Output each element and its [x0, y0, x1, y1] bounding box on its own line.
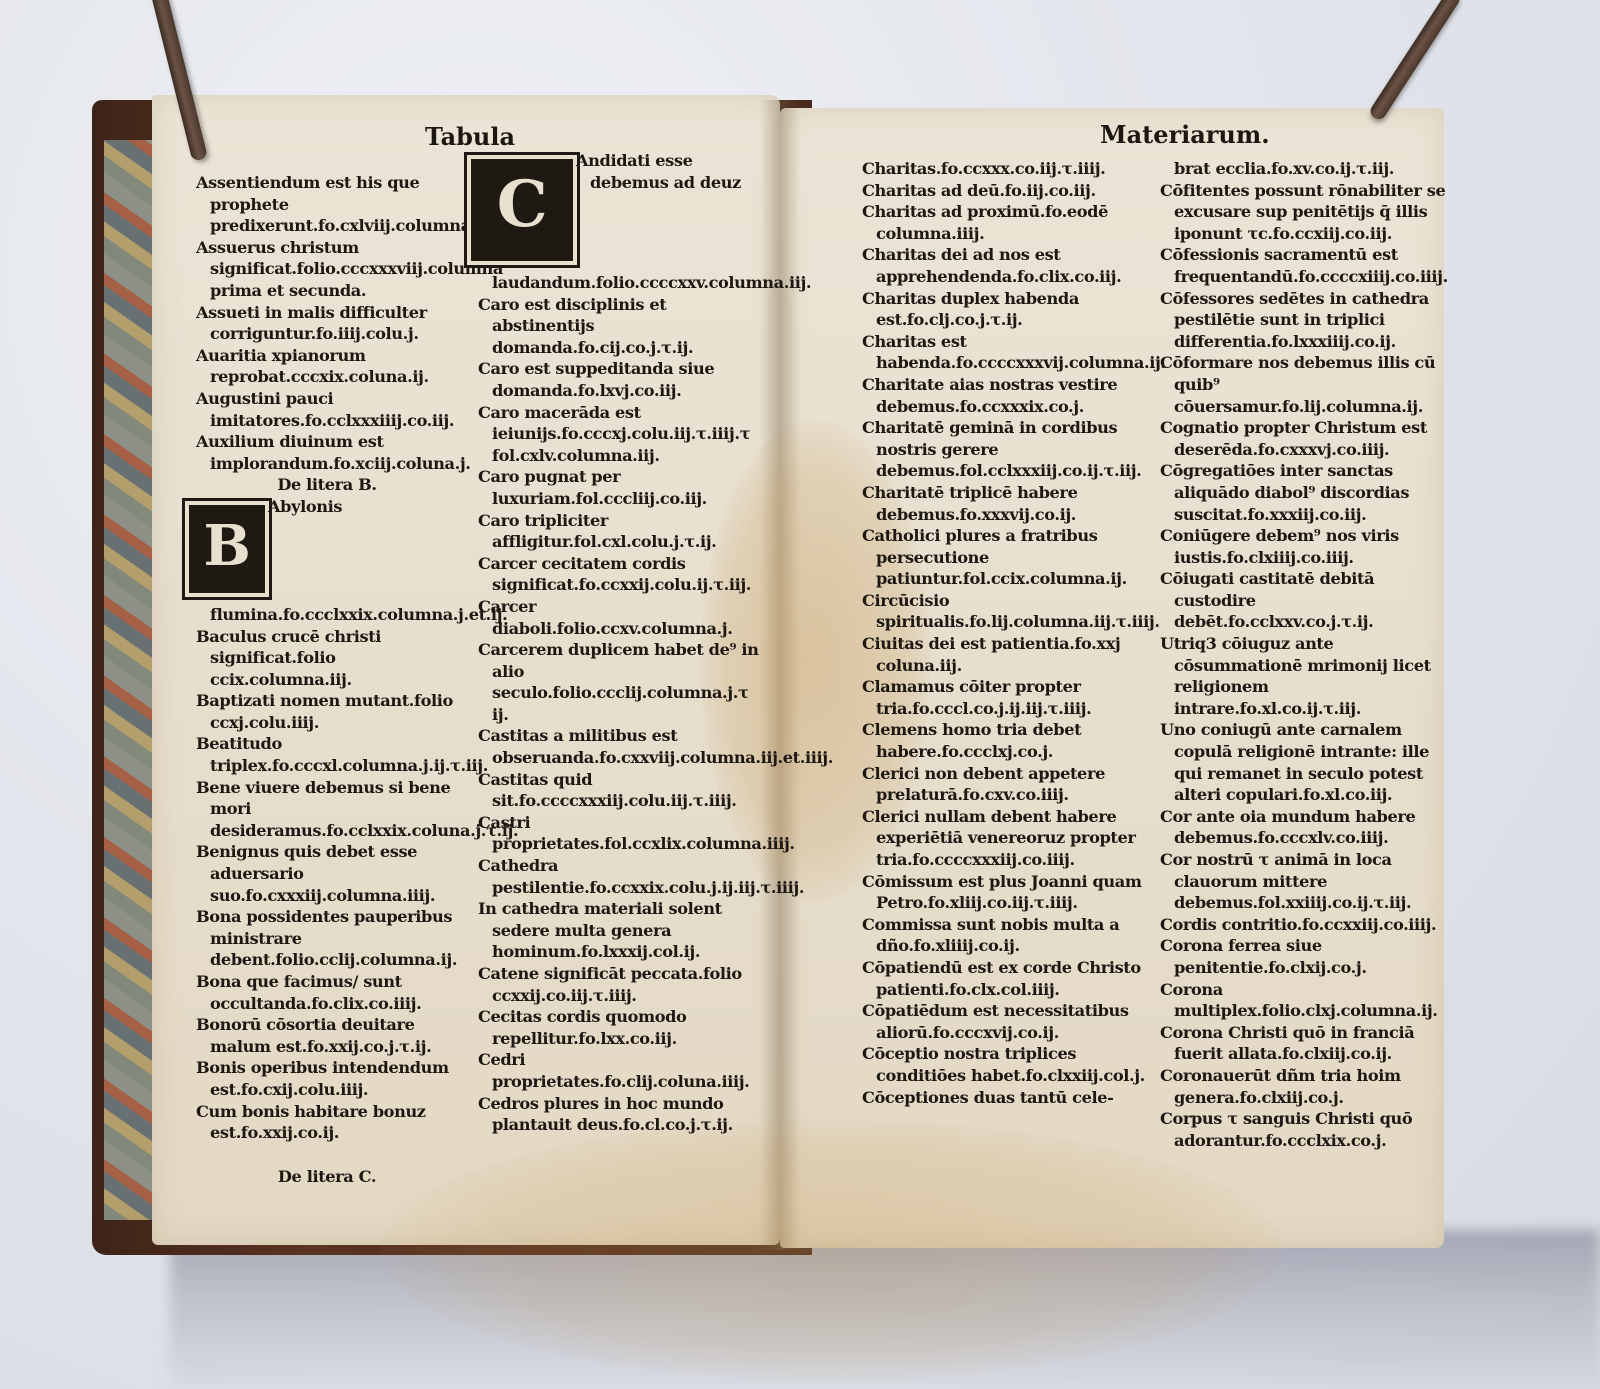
index-entry: Carcerem duplicem habet de⁹ in alio secu… — [478, 639, 762, 725]
index-entry: Cecitas cordis quomodo repellitur.fo.lxx… — [478, 1006, 762, 1049]
index-entry: Carcer cecitatem cordis significat.fo.cc… — [478, 553, 762, 596]
index-entry: Caro est disciplinis et abstinentijs dom… — [478, 294, 762, 359]
water-stain — [380, 1120, 1280, 1380]
index-entry: Corona multiplex.folio.clxj.columna.ij. — [1160, 979, 1446, 1022]
index-entry: Cathedra pestilentie.fo.ccxxix.colu.j.ij… — [478, 855, 762, 898]
index-entry: Corona Christi quō in franciā fuerit all… — [1160, 1022, 1446, 1065]
index-entry: Cōfessionis sacramentū est frequentandū.… — [1160, 244, 1446, 287]
index-entry: Bene viuere debemus si bene mori desider… — [196, 777, 458, 842]
index-entry: Cor ante oia mundum habere debemus.fo.cc… — [1160, 806, 1446, 849]
index-entry: Cōceptiones duas tantū cele- — [862, 1087, 1150, 1109]
index-entry: Caro macerāda est ieiunijs.fo.cccxj.colu… — [478, 402, 762, 467]
index-entry: Commissa sunt nobis multa a dño.fo.xliii… — [862, 914, 1150, 957]
section-heading-c: De litera C. — [196, 1166, 458, 1188]
index-entry: Charitatē triplicē habere debemus.fo.xxx… — [862, 482, 1150, 525]
index-entry: Charitas duplex habenda est.fo.clj.co.j.… — [862, 288, 1150, 331]
index-entry: Coniūgere debem⁹ nos viris iustis.fo.clx… — [1160, 525, 1446, 568]
index-entry: Charitas dei ad nos est apprehendenda.fo… — [862, 244, 1150, 287]
running-head-right: Materiarum. — [1100, 120, 1270, 149]
running-head-left: Tabula — [425, 122, 515, 151]
index-entry: Coronauerūt dñm tria hoim genera.fo.clxi… — [1160, 1065, 1446, 1108]
index-entry: Beatitudo triplex.fo.cccxl.columna.j.ij.… — [196, 733, 458, 776]
section-heading-b: De litera B. — [196, 474, 458, 496]
index-entry: Assentiendum est his que prophete predix… — [196, 172, 458, 237]
index-entry: Baptizati nomen mutant.folio ccxj.colu.i… — [196, 690, 458, 733]
index-entry: Cor nostrū τ animā in loca clauorum mitt… — [1160, 849, 1446, 914]
index-entry: Assuerus christum significat.folio.cccxx… — [196, 237, 458, 302]
index-entry: Charitas ad proximū.fo.eodē columna.iiij… — [862, 201, 1150, 244]
index-entry: Corpus τ sanguis Christi quō adorantur.f… — [1160, 1108, 1446, 1151]
index-entry: Augustini pauci imitatores.fo.cclxxxiiij… — [196, 388, 458, 431]
index-entry: Carcer diaboli.folio.ccxv.columna.j. — [478, 596, 762, 639]
index-entry: Ciuitas dei est patientia.fo.xxj coluna.… — [862, 633, 1150, 676]
index-entry: Castitas quid sit.fo.ccccxxxiij.colu.iij… — [478, 769, 762, 812]
index-entry: Benignus quis debet esse aduersario suo.… — [196, 841, 458, 906]
index-entry: Cum bonis habitare bonuz est.fo.xxij.co.… — [196, 1101, 458, 1144]
index-entry: Caro tripliciter affligitur.fol.cxl.colu… — [478, 510, 762, 553]
index-entry: Castitas a militibus est obseruanda.fo.c… — [478, 725, 762, 768]
index-entry: brat ecclia.fo.xv.co.ij.τ.iij. — [1160, 158, 1446, 180]
right-column-2: brat ecclia.fo.xv.co.ij.τ.iij. Cōfitente… — [1160, 158, 1446, 1151]
index-entry: In cathedra materiali solent sedere mult… — [478, 898, 762, 963]
index-entry: Charitas ad deū.fo.iij.co.iij. — [862, 180, 1150, 202]
index-entry: Corona ferrea siue penitentie.fo.clxij.c… — [1160, 935, 1446, 978]
index-entry: Catene significāt peccata.folio ccxxij.c… — [478, 963, 762, 1006]
index-entry: Baculus crucē christi significat.folio c… — [196, 626, 458, 691]
index-entry: Caro est suppeditanda siue domanda.fo.lx… — [478, 358, 762, 401]
metal-rod-right — [1368, 0, 1463, 122]
index-entry: Caro pugnat per luxuriam.fol.cccliij.co.… — [478, 466, 762, 509]
index-entry: Cōiugati castitatē debitā custodire debē… — [1160, 568, 1446, 633]
index-entry: Clemens homo tria debet habere.fo.ccclxj… — [862, 719, 1150, 762]
right-column-1: Charitas.fo.ccxxx.co.iij.τ.iiij. Charita… — [862, 158, 1150, 1108]
index-entry: Clerici non debent appetere prelaturā.fo… — [862, 763, 1150, 806]
index-entry: Auxilium diuinum est implorandum.fo.xcii… — [196, 431, 458, 474]
index-entry: Circūcisio spiritualis.fo.lij.columna.ii… — [862, 590, 1150, 633]
index-entry: Castri proprietates.fol.ccxlix.columna.i… — [478, 812, 762, 855]
decorated-initial-c: C — [464, 152, 580, 268]
index-entry: Cōpatiēdum est necessitatibus aliorū.fo.… — [862, 1000, 1150, 1043]
left-column-2: C Andidati esse debemus ad deuz laudandu… — [478, 150, 762, 1136]
index-entry: Bonis operibus intendendum est.fo.cxij.c… — [196, 1057, 458, 1100]
index-entry: Cedros plures in hoc mundo plantauit deu… — [478, 1093, 762, 1136]
index-entry: Cedri proprietates.fo.clij.coluna.iiij. — [478, 1049, 762, 1092]
index-entry: Cōceptio nostra triplices conditiōes hab… — [862, 1043, 1150, 1086]
index-entry: Bonorū cōsortia deuitare malum est.fo.xx… — [196, 1014, 458, 1057]
index-entry: Charitate aias nostras vestire debemus.f… — [862, 374, 1150, 417]
index-entry: Clerici nullam debent habere experiētiā … — [862, 806, 1150, 871]
index-entry: Bona que facimus/ sunt occultanda.fo.cli… — [196, 971, 458, 1014]
index-entry: Bona possidentes pauperibus ministrare d… — [196, 906, 458, 971]
index-entry: Charitatē geminā in cordibus nostris ger… — [862, 417, 1150, 482]
index-entry: Charitas.fo.ccxxx.co.iij.τ.iiij. — [862, 158, 1150, 180]
index-entry: Assueti in malis difficulter corriguntur… — [196, 302, 458, 345]
index-entry: Cōformare nos debemus illis cū quib⁹ cōu… — [1160, 352, 1446, 417]
index-entry: Cōmissum est plus Joanni quam Petro.fo.x… — [862, 871, 1150, 914]
index-entry: Auaritia xpianorum reprobat.cccxix.colun… — [196, 345, 458, 388]
index-entry: Cordis contritio.fo.ccxxiij.co.iiij. — [1160, 914, 1446, 936]
index-entry: Cōfitentes possunt rōnabiliter se excusa… — [1160, 180, 1446, 245]
index-entry: Cōpatiendū est ex corde Christo patienti… — [862, 957, 1150, 1000]
index-entry: Clamamus cōiter propter tria.fo.cccl.co.… — [862, 676, 1150, 719]
index-entry: Cōfessores sedētes in cathedra pestilēti… — [1160, 288, 1446, 353]
left-column-1: Assentiendum est his que prophete predix… — [196, 172, 458, 1187]
index-entry: Catholici plures a fratribus persecution… — [862, 525, 1150, 590]
index-entry: Cōgregatiōes inter sanctas aliquādo diab… — [1160, 460, 1446, 525]
index-entry: Charitas est habenda.fo.ccccxxxvij.colum… — [862, 331, 1150, 374]
decorated-initial-b: B — [182, 498, 272, 600]
index-entry: Cognatio propter Christum est deserēda.f… — [1160, 417, 1446, 460]
index-entry: Uno coniugū ante carnalem copulā religio… — [1160, 719, 1446, 805]
index-entry: Utriq3 cōiuguz ante cōsummationē mrimoni… — [1160, 633, 1446, 719]
